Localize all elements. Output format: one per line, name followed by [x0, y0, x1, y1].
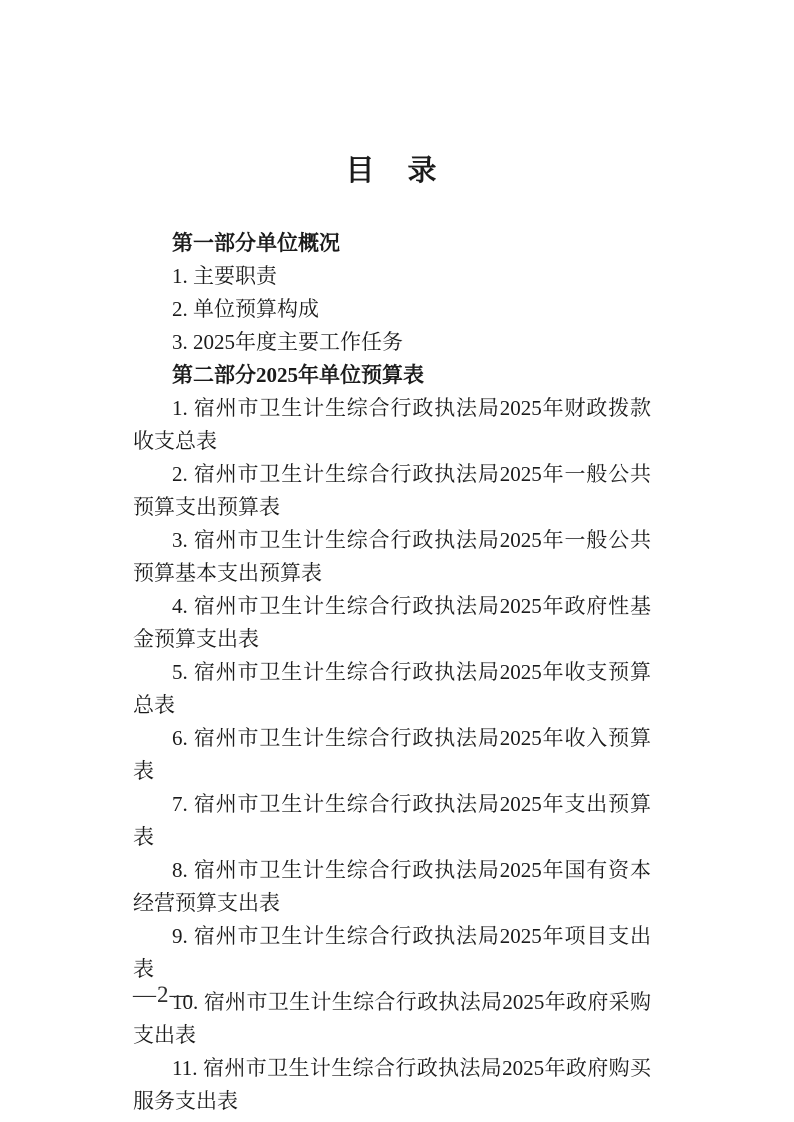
toc-entry: 1. 主要职责: [133, 260, 651, 293]
toc-entry: 1. 宿州市卫生计生综合行政执法局2025年财政拨款收支总表: [133, 392, 651, 458]
toc-entry: 7. 宿州市卫生计生综合行政执法局2025年支出预算表: [133, 788, 651, 854]
toc-entry: 3. 宿州市卫生计生综合行政执法局2025年一般公共预算基本支出预算表: [133, 524, 651, 590]
toc-entry: 8. 宿州市卫生计生综合行政执法局2025年国有资本经营预算支出表: [133, 854, 651, 920]
toc-entry: 2. 单位预算构成: [133, 293, 651, 326]
toc-entry: 9. 宿州市卫生计生综合行政执法局2025年项目支出表: [133, 920, 651, 986]
toc-entry: 4. 宿州市卫生计生综合行政执法局2025年政府性基金预算支出表: [133, 590, 651, 656]
toc-entry: 6. 宿州市卫生计生综合行政执法局2025年收入预算表: [133, 722, 651, 788]
toc-entry: 5. 宿州市卫生计生综合行政执法局2025年收支预算总表: [133, 656, 651, 722]
toc-entry: 3. 2025年度主要工作任务: [133, 326, 651, 359]
table-of-contents: 第一部分单位概况1. 主要职责2. 单位预算构成3. 2025年度主要工作任务第…: [133, 227, 651, 1118]
page-number: —2—: [133, 981, 194, 1009]
document-page: 目 录 第一部分单位概况1. 主要职责2. 单位预算构成3. 2025年度主要工…: [0, 0, 794, 1122]
toc-section-heading: 第二部分2025年单位预算表: [133, 359, 651, 392]
toc-entry: 11. 宿州市卫生计生综合行政执法局2025年政府购买服务支出表: [133, 1052, 651, 1118]
toc-section-heading: 第一部分单位概况: [133, 227, 651, 260]
toc-entry: 2. 宿州市卫生计生综合行政执法局2025年一般公共预算支出预算表: [133, 458, 651, 524]
page-title: 目 录: [133, 153, 651, 189]
toc-entry: 10. 宿州市卫生计生综合行政执法局2025年政府采购支出表: [133, 986, 651, 1052]
